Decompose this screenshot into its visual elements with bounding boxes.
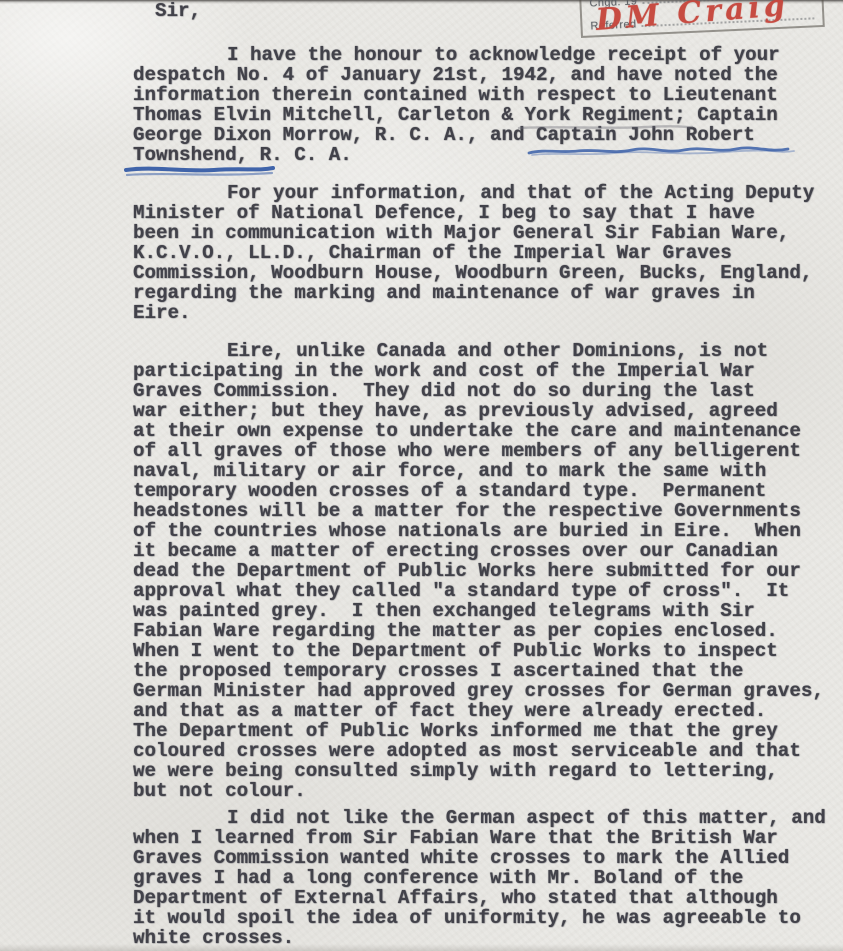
letter-paragraph-acknowledge: I have the honour to acknowledge receipt… [133, 45, 843, 165]
stamp-dotted-line [642, 17, 815, 27]
letter-page: Sir, I have the honour to acknowledge re… [0, 0, 843, 951]
letter-paragraph-fabian-ware: For your information, and that of the Ac… [133, 183, 843, 323]
letter-paragraph-white-crosses: I did not like the German aspect of this… [133, 808, 843, 948]
office-stamp: Chgd. 19 Referred [579, 0, 825, 38]
stamp-row-chgd: Chgd. 19 [589, 0, 813, 10]
salutation: Sir, [155, 1, 201, 21]
stamp-dotted-line [642, 0, 813, 4]
stamp-label-chgd: Chgd. 19 [589, 0, 637, 10]
scan-edge-bottom [0, 944, 843, 951]
stamp-row-referred: Referred [590, 10, 814, 32]
stamp-label-referred: Referred [590, 18, 636, 32]
letter-paragraph-eire-crosses: Eire, unlike Canada and other Dominions,… [133, 341, 843, 801]
